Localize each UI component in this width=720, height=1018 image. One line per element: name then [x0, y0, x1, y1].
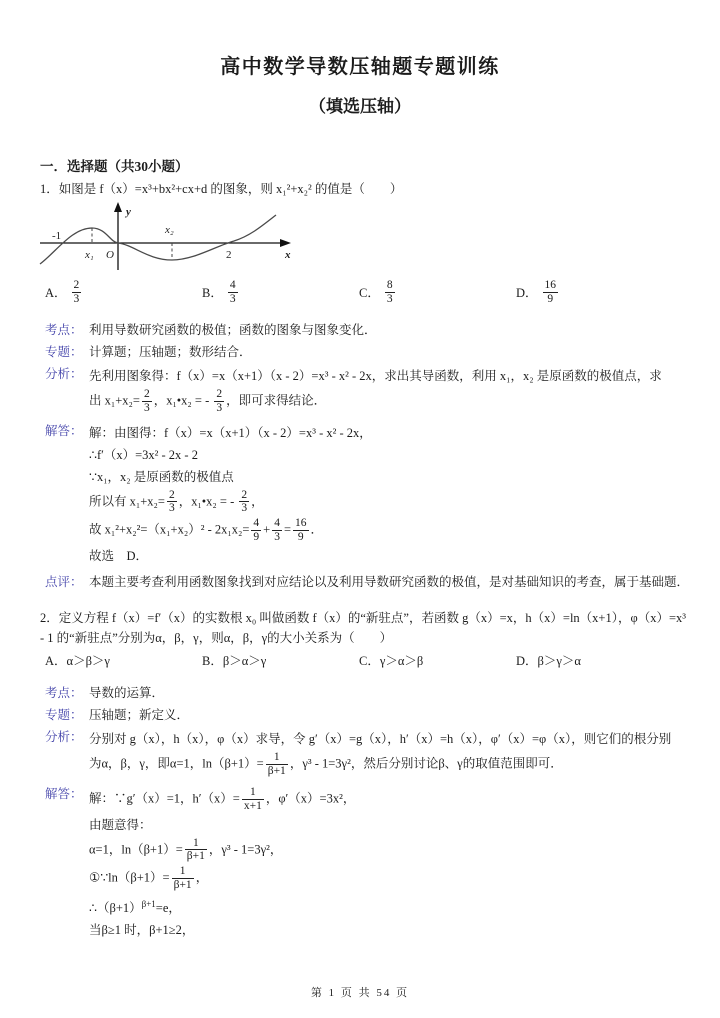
fraction: 23	[239, 489, 249, 516]
q2-jieda-line2: 由题意得：	[89, 815, 695, 835]
q2-jieda-line4: ①∵ln（β+1）=1β+1，	[89, 865, 695, 892]
fraction: 23	[214, 388, 224, 415]
option-c-label: C．	[359, 283, 380, 301]
q2-jieda-text: 解：∵g′（x）=1，h′（x）=1x+1，φ′（x）=3x²， 由题意得： α…	[89, 784, 695, 940]
option-d: D． 169	[516, 279, 560, 306]
q1-fenxi-line2: 出 x₁+x₂=23，x₁•x₂ = - 23，即可求得结论．	[89, 388, 695, 415]
q1-fenxi-text: 先利用图象得：f（x）=x（x+1）（x - 2）=x³ - x² - 2x，求…	[89, 364, 695, 415]
fraction: 169	[543, 279, 559, 306]
question-2-stem: 2．定义方程 f（x）=f′（x）的实数根 x₀ 叫做函数 f（x）的“新驻点”…	[40, 608, 692, 648]
q2-fenxi-text: 分别对 g（x），h（x），φ（x）求导，令 g′（x）=g（x），h′（x）=…	[89, 727, 695, 778]
option-a-label: A．	[45, 283, 67, 301]
jieda-label: 解答：	[45, 784, 89, 940]
kaodian-label: 考点：	[45, 320, 89, 340]
option-c: C．γ＞α＞β	[359, 651, 516, 669]
fraction: 23	[72, 279, 82, 306]
fraction: 1x+1	[242, 786, 264, 813]
q2-jieda-line3: α=1，ln（β+1）=1β+1，γ³ - 1=3γ²，	[89, 837, 695, 864]
fraction: 23	[142, 388, 152, 415]
graph-label-y: y	[124, 206, 131, 218]
q2-jieda-row: 解答： 解：∵g′（x）=1，h′（x）=1x+1，φ′（x）=3x²， 由题意…	[45, 784, 720, 940]
document-subtitle: （填选压轴）	[0, 92, 720, 117]
q2-zhuanti-text: 压轴题；新定义．	[89, 705, 695, 725]
jieda-label: 解答：	[45, 421, 89, 567]
q1-jieda-line4: 所以有 x₁+x₂=23，x₁•x₂ = - 23，	[89, 489, 695, 516]
option-b: B．β＞α＞γ	[202, 651, 359, 669]
graph-label-x2: x₂	[164, 224, 174, 236]
graph-label-root-right: 2	[226, 249, 232, 261]
q2-jieda-line6: 当β≥1 时，β+1≥2，	[89, 920, 695, 940]
question-1-stem: 1．如图是 f（x）=x³+bx²+cx+d 的图象，则 x₁²+x₂² 的值是…	[40, 180, 692, 199]
q2-fenxi-line2: 为α，β，γ，即α=1，ln（β+1）=1β+1，γ³ - 1=3γ²，然后分别…	[89, 751, 695, 778]
q1-jieda-row: 解答： 解：由图得：f（x）=x（x+1）（x - 2）=x³ - x² - 2…	[45, 421, 720, 567]
option-b: B． 43	[202, 279, 359, 306]
q2-jieda-line1: 解：∵g′（x）=1，h′（x）=1x+1，φ′（x）=3x²，	[89, 786, 695, 813]
q1-zhuanti-text: 计算题；压轴题；数形结合．	[89, 342, 695, 362]
q1-fenxi-line1: 先利用图象得：f（x）=x（x+1）（x - 2）=x³ - x² - 2x，求…	[89, 366, 695, 386]
fraction: 1β+1	[172, 865, 194, 892]
cubic-curve	[40, 215, 276, 264]
q1-dianping-row: 点评： 本题主要考查利用函数图象找到对应结论以及利用导数研究函数的极值，是对基础…	[45, 572, 720, 592]
q1-kaodian-text: 利用导数研究函数的极值；函数的图象与图象变化．	[89, 320, 695, 340]
kaodian-label: 考点：	[45, 683, 89, 703]
graph-label-origin: O	[106, 249, 114, 261]
q1-jieda-line3: ∵x₁，x₂ 是原函数的极值点	[89, 467, 695, 487]
option-a: A．α＞β＞γ	[45, 651, 202, 669]
option-c: C． 83	[359, 279, 516, 306]
q1-kaodian-row: 考点： 利用导数研究函数的极值；函数的图象与图象变化．	[45, 320, 720, 340]
x-axis-arrow-icon	[280, 239, 291, 247]
q1-jieda-line1: 解：由图得：f（x）=x（x+1）（x - 2）=x³ - x² - 2x，	[89, 423, 695, 443]
option-d: D．β＞γ＞α	[516, 651, 581, 669]
q1-jieda-text: 解：由图得：f（x）=x（x+1）（x - 2）=x³ - x² - 2x， ∴…	[89, 421, 695, 567]
function-graph-svg: y x -1 x₁ O x₂ 2	[34, 202, 302, 272]
q2-fenxi-line1: 分别对 g（x），h（x），φ（x）求导，令 g′（x）=g（x），h′（x）=…	[89, 729, 695, 749]
q2-zhuanti-row: 专题： 压轴题；新定义．	[45, 705, 720, 725]
graph-label-x1: x₁	[84, 249, 94, 261]
fraction: 43	[272, 517, 282, 544]
q2-jieda-line5: ∴（β+1）β+1=e，	[89, 894, 695, 918]
document-page: 高中数学导数压轴题专题训练 （填选压轴） 一．选择题（共30小题） 1．如图是 …	[0, 0, 720, 1018]
q1-zhuanti-row: 专题： 计算题；压轴题；数形结合．	[45, 342, 720, 362]
fraction: 23	[167, 489, 177, 516]
section-heading: 一．选择题（共30小题）	[40, 155, 720, 175]
function-graph: y x -1 x₁ O x₂ 2	[34, 202, 720, 276]
graph-label-root-left: -1	[52, 230, 61, 242]
fraction: 83	[385, 279, 395, 306]
page-number-footer: 第 1 页 共 54 页	[0, 984, 720, 1000]
q2-kaodian-text: 导数的运算．	[89, 683, 695, 703]
option-b-label: B．	[202, 283, 223, 301]
question-1-options: A． 23 B． 43 C． 83 D． 169	[45, 279, 720, 306]
fenxi-label: 分析：	[45, 364, 89, 415]
fraction: 169	[293, 517, 309, 544]
fraction: 49	[251, 517, 261, 544]
question-2-options: A．α＞β＞γ B．β＞α＞γ C．γ＞α＞β D．β＞γ＞α	[45, 651, 720, 669]
q1-fenxi-row: 分析： 先利用图象得：f（x）=x（x+1）（x - 2）=x³ - x² - …	[45, 364, 720, 415]
q2-fenxi-row: 分析： 分别对 g（x），h（x），φ（x）求导，令 g′（x）=g（x），h′…	[45, 727, 720, 778]
q1-dianping-text: 本题主要考查利用函数图象找到对应结论以及利用导数研究函数的极值，是对基础知识的考…	[89, 572, 695, 592]
option-a: A． 23	[45, 279, 202, 306]
fraction: 1β+1	[185, 837, 207, 864]
document-title: 高中数学导数压轴题专题训练	[0, 0, 720, 79]
zhuanti-label: 专题：	[45, 342, 89, 362]
q1-jieda-line2: ∴f′（x）=3x² - 2x - 2	[89, 445, 695, 465]
q1-jieda-line5: 故 x₁²+x₂²=（x₁+x₂）² - 2x₁x₂=49+43=169．	[89, 517, 695, 544]
zhuanti-label: 专题：	[45, 705, 89, 725]
q1-jieda-line6: 故选 D．	[89, 546, 695, 566]
q2-kaodian-row: 考点： 导数的运算．	[45, 683, 720, 703]
option-d-label: D．	[516, 283, 538, 301]
graph-label-x: x	[284, 249, 291, 261]
fraction: 43	[228, 279, 238, 306]
fenxi-label: 分析：	[45, 727, 89, 778]
dianping-label: 点评：	[45, 572, 89, 592]
y-axis-arrow-icon	[114, 202, 122, 212]
fraction: 1β+1	[266, 751, 288, 778]
